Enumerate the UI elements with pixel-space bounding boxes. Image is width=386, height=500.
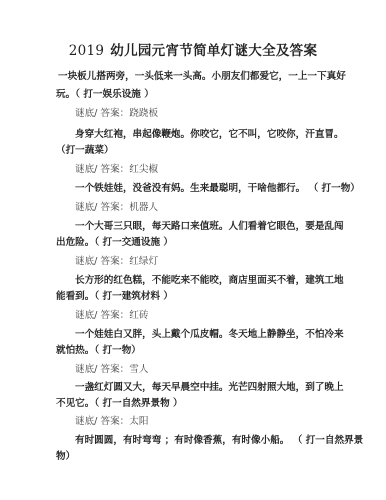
- riddle-8-line-2: 物）: [56, 450, 75, 463]
- riddle-7-line-1: 一盏红灯圆又大，每天早晨空中挂。光芒四射照大地，到了晚上: [75, 381, 344, 394]
- riddle-6-answer: 谜底/ 答案：雪人: [75, 363, 148, 376]
- riddle-6-line-2: 就怕热。（ 打一物）: [56, 344, 141, 357]
- riddle-1-line-1: 一块板儿搭两旁，一头低来一头高。小朋友们都爱它，一上一下真好: [58, 70, 346, 83]
- riddle-1-answer: 谜底/ 答案：跷跷板: [75, 107, 158, 120]
- document-page: 2019幼儿园元宵节简单灯谜大全及答案 一块板儿搭两旁，一头低来一头高。小朋友们…: [0, 0, 386, 500]
- riddle-5-line-2: 能看到。（ 打一建筑材料 ）: [56, 290, 173, 303]
- riddle-2-line-2: （打一蔬菜）: [56, 144, 114, 157]
- riddle-6-line-1: 一个娃娃白又胖，头上戴个瓜皮帽。冬天地上静静坐，不怕冷来: [75, 328, 344, 341]
- title-year: 2019: [69, 43, 105, 59]
- riddle-4-line-2: 出危险。（ 打一交通设施 ）: [56, 236, 173, 249]
- page-title: 2019幼儿园元宵节简单灯谜大全及答案: [0, 39, 386, 59]
- riddle-8-line-1: 有时圆圆，有时弯弯 ；有时像香蕉，有时像小船。 （ 打一自然界景: [75, 434, 363, 447]
- riddle-2-answer: 谜底/ 答案：红尖椒: [75, 163, 158, 176]
- riddle-4-answer: 谜底/ 答案：红绿灯: [75, 255, 158, 268]
- riddle-5-line-1: 长方形的红色糕，不能吃来不能咬，商店里面买不着，建筑工地: [75, 274, 344, 287]
- title-text: 幼儿园元宵节简单灯谜大全及答案: [110, 43, 317, 59]
- riddle-7-answer: 谜底/ 答案：太阳: [75, 415, 148, 428]
- riddle-1-line-2: 玩。（ 打一娱乐设施 ）: [56, 88, 154, 101]
- riddle-3-answer: 谜底/ 答案：机器人: [75, 201, 158, 214]
- riddle-2-line-1: 身穿大红袍，串起像鞭炮。你咬它，它不叫，它咬你，汗直冒。: [75, 128, 344, 141]
- riddle-4-line-1: 一个大哥三只眼，每天路口来值班。人们看着它眼色，要是乱闯: [75, 220, 344, 233]
- riddle-5-answer: 谜底/ 答案：红砖: [75, 309, 148, 322]
- riddle-7-line-2: 不见它。（ 打一自然界景物 ）: [56, 397, 183, 410]
- riddle-3-line-1: 一个铁娃娃，没爸没有妈。生来最聪明，干啥他都行。 （ 打一物）: [75, 182, 360, 195]
